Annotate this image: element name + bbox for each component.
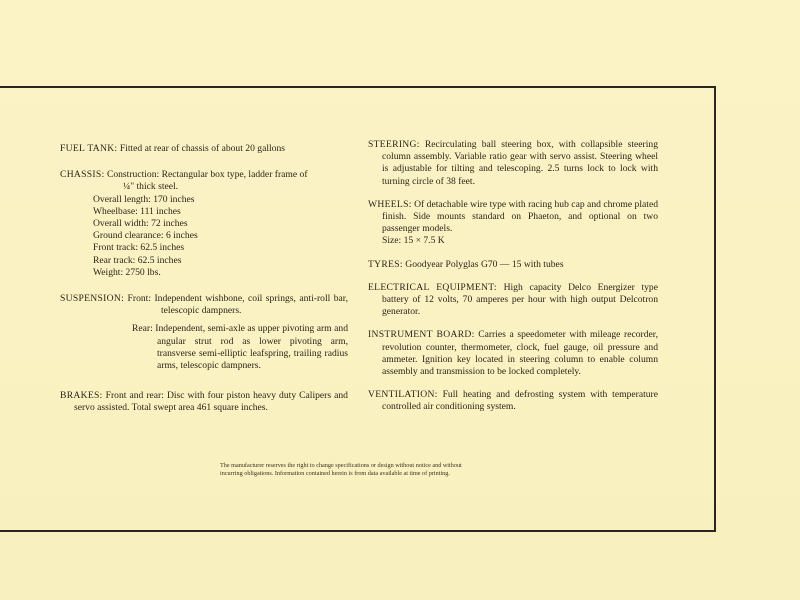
spec-label: BRAKES: xyxy=(60,390,103,401)
spec-steering: STEERING: Recirculating ball steering bo… xyxy=(368,139,658,188)
spec-ventilation: VENTILATION: Full heating and defrosting… xyxy=(368,389,658,413)
spec-text: Of detachable wire type with racing hub … xyxy=(382,199,658,234)
specs-right-column: STEERING: Recirculating ball steering bo… xyxy=(368,139,658,425)
spec-electrical: ELECTRICAL EQUIPMENT: High capacity Delc… xyxy=(368,282,658,319)
disclaimer-note: The manufacturer reserves the right to c… xyxy=(220,462,550,478)
chassis-item: Weight: 2750 lbs. xyxy=(60,267,348,279)
spec-fuel-tank: FUEL TANK: Fitted at rear of chassis of … xyxy=(60,143,348,155)
spec-text-front: Front: Independent wishbone, coil spring… xyxy=(128,293,348,316)
spec-text: Construction: Rectangular box type, ladd… xyxy=(107,169,308,180)
spec-text-rear: Rear: Independent, semi-axle as upper pi… xyxy=(60,323,348,372)
chassis-item: Overall width: 72 inches xyxy=(60,218,348,230)
chassis-item: Wheelbase: 111 inches xyxy=(60,206,348,218)
spec-instrument-board: INSTRUMENT BOARD: Carries a speedometer … xyxy=(368,329,658,378)
spec-label: SUSPENSION: xyxy=(60,293,124,304)
spec-text-cont: ¼" thick steel. xyxy=(60,181,348,193)
spec-label: STEERING: xyxy=(368,139,420,150)
spec-label: INSTRUMENT BOARD: xyxy=(368,329,475,340)
spec-label: TYRES: xyxy=(368,259,403,270)
spec-text: Front and rear: Disc with four piston he… xyxy=(74,390,348,413)
spec-text: Recirculating ball steering box, with co… xyxy=(382,139,658,187)
spec-label: VENTILATION: xyxy=(368,389,438,400)
spec-wheels: WHEELS: Of detachable wire type with rac… xyxy=(368,199,658,248)
chassis-item: Rear track: 62.5 inches xyxy=(60,255,348,267)
disclaimer-line: incurring obligations. Information conta… xyxy=(220,470,550,478)
spec-text: Goodyear Polyglas G70 — 15 with tubes xyxy=(405,259,563,270)
spec-label: CHASSIS: xyxy=(60,169,105,180)
chassis-item: Ground clearance: 6 inches xyxy=(60,230,348,242)
spec-label: WHEELS: xyxy=(368,199,412,210)
spec-label: FUEL TANK: xyxy=(60,143,117,154)
disclaimer-line: The manufacturer reserves the right to c… xyxy=(220,462,550,470)
spec-tyres: TYRES: Goodyear Polyglas G70 — 15 with t… xyxy=(368,259,658,271)
wheel-size: Size: 15 × 7.5 K xyxy=(382,235,658,247)
spec-brakes: BRAKES: Front and rear: Disc with four p… xyxy=(60,390,348,414)
spec-suspension: SUSPENSION: Front: Independent wishbone,… xyxy=(60,293,348,372)
specs-left-column: FUEL TANK: Fitted at rear of chassis of … xyxy=(60,143,348,426)
spec-chassis: CHASSIS: Construction: Rectangular box t… xyxy=(60,169,348,279)
chassis-item: Overall length: 170 inches xyxy=(60,194,348,206)
spec-label: ELECTRICAL EQUIPMENT: xyxy=(368,282,497,293)
chassis-item: Front track: 62.5 inches xyxy=(60,242,348,254)
spec-text: Fitted at rear of chassis of about 20 ga… xyxy=(120,143,285,154)
